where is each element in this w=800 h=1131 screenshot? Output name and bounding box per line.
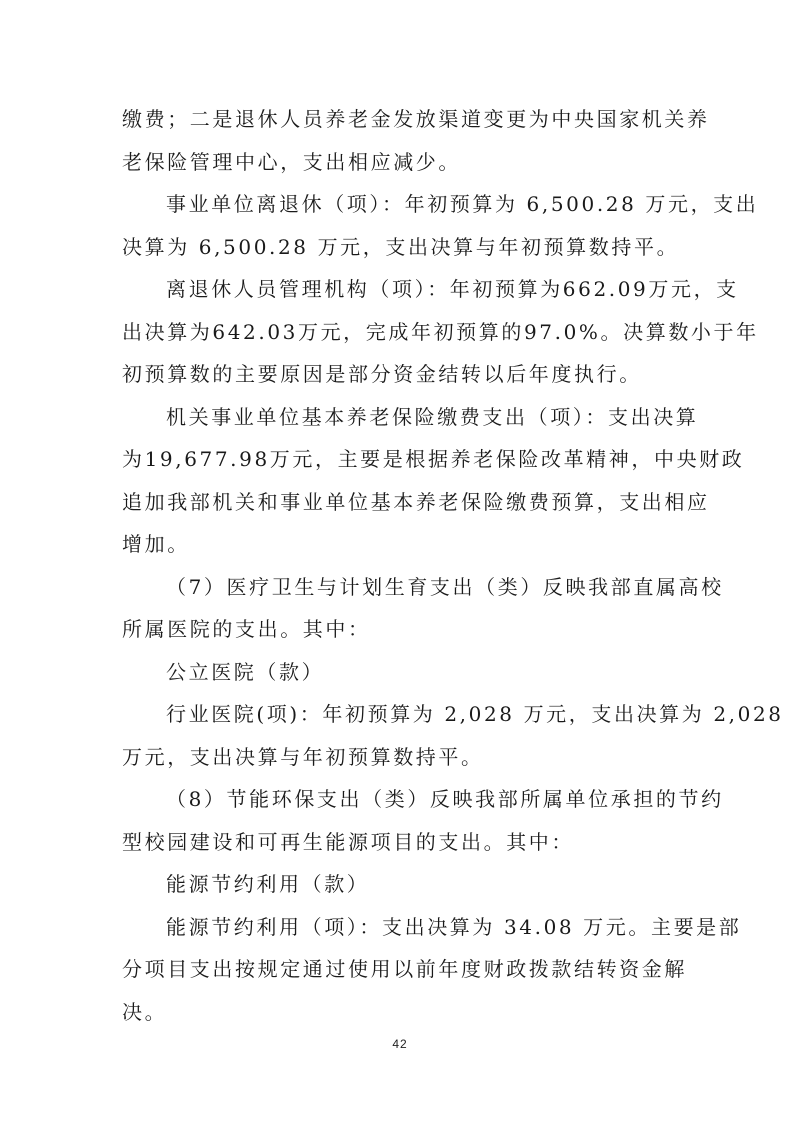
document-page: 缴费；二是退休人员养老金发放渠道变更为中央国家机关养 老保险管理中心，支出相应减…: [0, 0, 800, 1131]
section-heading-line: （7）医疗卫生与计划生育支出（类）反映我部直属高校: [122, 566, 680, 609]
paragraph-line: 离退休人员管理机构（项）：年初预算为662.09万元，支: [122, 268, 680, 311]
document-body: 缴费；二是退休人员养老金发放渠道变更为中央国家机关养 老保险管理中心，支出相应减…: [122, 98, 680, 1033]
paragraph-line: 决算为 6,500.28 万元，支出决算与年初预算数持平。: [122, 226, 680, 269]
paragraph-line: 出决算为642.03万元，完成年初预算的97.0%。决算数小于年: [122, 311, 680, 354]
subheading-line: 能源节约利用（款）: [122, 863, 680, 906]
paragraph-line: 万元，支出决算与年初预算数持平。: [122, 736, 680, 779]
paragraph-line: 所属医院的支出。其中：: [122, 608, 680, 651]
section-heading-line: （8）节能环保支出（类）反映我部所属单位承担的节约: [122, 778, 680, 821]
paragraph-line: 型校园建设和可再生能源项目的支出。其中：: [122, 821, 680, 864]
paragraph-line: 为19,677.98万元，主要是根据养老保险改革精神，中央财政: [122, 438, 680, 481]
paragraph-line: 缴费；二是退休人员养老金发放渠道变更为中央国家机关养: [122, 98, 680, 141]
paragraph-line: 初预算数的主要原因是部分资金结转以后年度执行。: [122, 353, 680, 396]
paragraph-line: 事业单位离退休（项）：年初预算为 6,500.28 万元，支出: [122, 183, 680, 226]
paragraph-line: 分项目支出按规定通过使用以前年度财政拨款结转资金解: [122, 948, 680, 991]
paragraph-line: 能源节约利用（项）：支出决算为 34.08 万元。主要是部: [122, 906, 680, 949]
paragraph-line: 增加。: [122, 523, 680, 566]
paragraph-line: 机关事业单位基本养老保险缴费支出（项）：支出决算: [122, 396, 680, 439]
paragraph-line: 决。: [122, 991, 680, 1034]
paragraph-line: 追加我部机关和事业单位基本养老保险缴费预算，支出相应: [122, 481, 680, 524]
subheading-line: 公立医院（款）: [122, 651, 680, 694]
paragraph-line: 老保险管理中心，支出相应减少。: [122, 141, 680, 184]
paragraph-line: 行业医院(项)：年初预算为 2,028 万元，支出决算为 2,028: [122, 693, 680, 736]
page-number: 42: [0, 1037, 800, 1051]
